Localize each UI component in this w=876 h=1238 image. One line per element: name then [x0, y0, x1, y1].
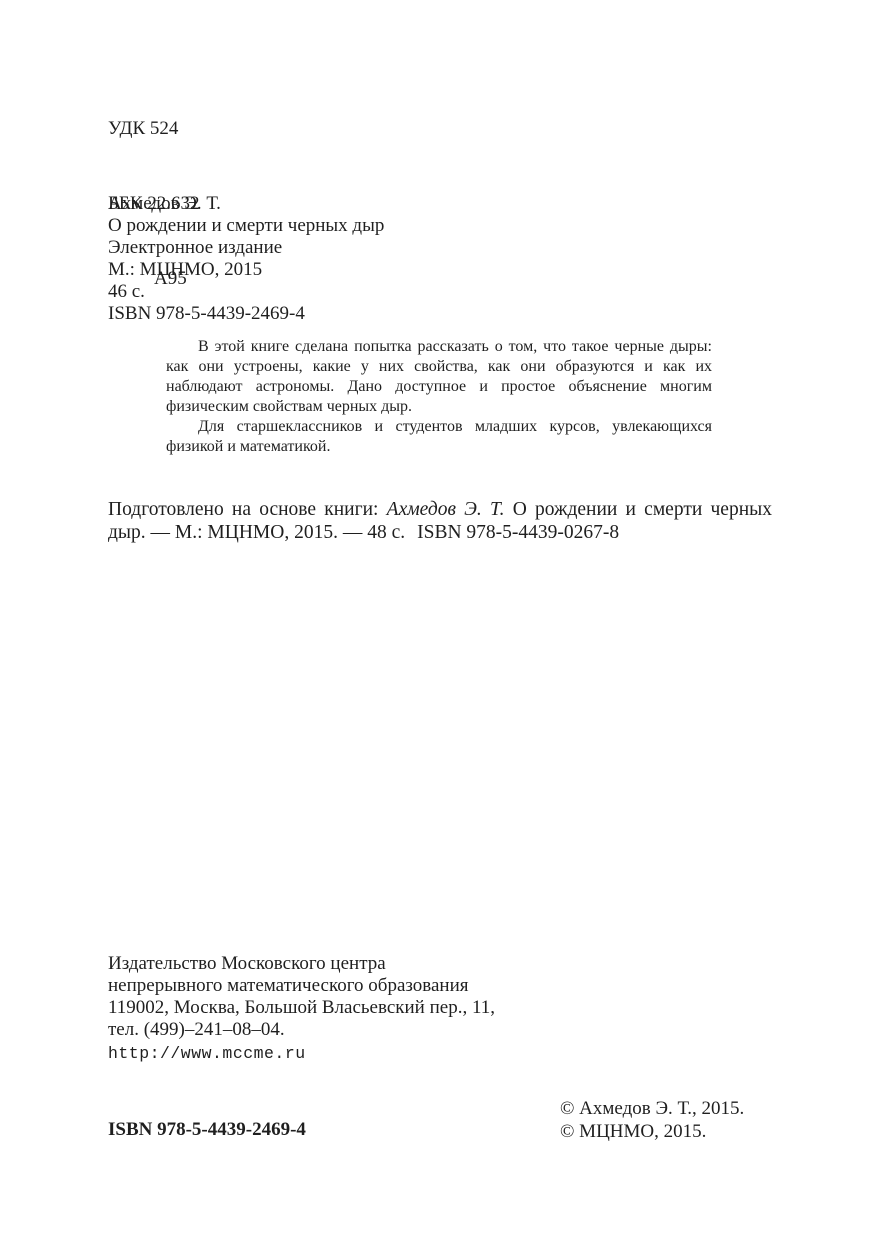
based-on-note: Подготовлено на основе книги: Ахмедов Э.… [108, 498, 772, 544]
copyright-author: © Ахмедов Э. Т., 2015. [560, 1098, 744, 1121]
udk-code: УДК 524 [108, 116, 200, 141]
publisher-phone-line: тел. (499)–241–08–04. [108, 1019, 495, 1041]
annotation: В этой книге сделана попытка рассказать … [166, 337, 712, 457]
publisher-name-line-1: Издательство Московского центра [108, 953, 495, 975]
copyright-publisher: © МЦНМО, 2015. [560, 1121, 744, 1144]
based-on-paragraph: Подготовлено на основе книги: Ахмедов Э.… [108, 498, 772, 544]
publisher-year-line: М.: МЦНМО, 2015 [108, 259, 384, 281]
publisher-name-line-2: непрерывного математического образования [108, 975, 495, 997]
based-on-author-italic: Ахмедов Э. Т. [387, 499, 505, 520]
edition-type-line: Электронное издание [108, 237, 384, 259]
publisher-address: Издательство Московского центра непрерыв… [108, 953, 495, 1065]
footer-isbn: ISBN 978-5-4439-2469-4 [108, 1119, 306, 1141]
page-count-line: 46 с. [108, 281, 384, 303]
annotation-paragraph-1: В этой книге сделана попытка рассказать … [166, 337, 712, 417]
copyright-block: © Ахмедов Э. Т., 2015. © МЦНМО, 2015. [560, 1098, 744, 1143]
based-on-prefix: Подготовлено на основе книги: [108, 499, 387, 520]
annotation-paragraph-2: Для старшеклассников и студентов младших… [166, 417, 712, 457]
title-line: О рождении и смерти черных дыр [108, 215, 384, 237]
publisher-street-line: 119002, Москва, Большой Власьевский пер.… [108, 997, 495, 1019]
author-line: Ахмедов Э. Т. [108, 193, 384, 215]
isbn-line: ISBN 978-5-4439-2469-4 [108, 303, 384, 325]
book-imprint-page: УДК 524 ББК 22.632 А95 Ахмедов Э. Т. О р… [0, 0, 876, 1238]
bibliographic-description: Ахмедов Э. Т. О рождении и смерти черных… [108, 193, 384, 325]
based-on-isbn: ISBN 978-5-4439-0267-8 [417, 522, 619, 543]
publisher-url: http://www.mccme.ru [108, 1041, 495, 1065]
